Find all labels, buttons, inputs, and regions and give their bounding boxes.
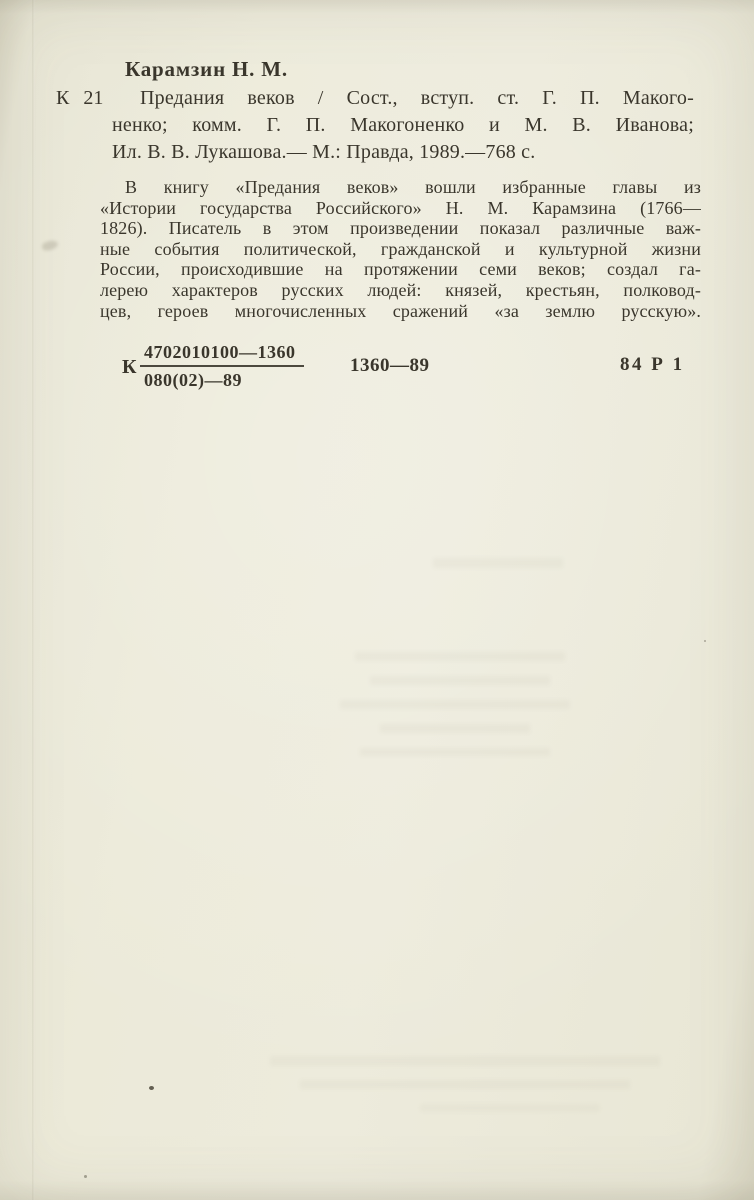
bib-line: ненко; комм. Г. П. Макогоненко и М. В. И…: [112, 114, 694, 137]
page-crease: [32, 0, 35, 1200]
annotation-line: лерею характеров русских людей: князей, …: [100, 280, 701, 301]
bbk-code: 84 Р 1: [620, 354, 685, 376]
showthrough-ghost: [380, 724, 530, 733]
annotation-line: России, происходившие на протяжении семи…: [100, 259, 701, 280]
catalog-formula-prefix: К: [122, 356, 137, 379]
annotation-line: «Истории государства Российского» Н. М. …: [100, 198, 701, 219]
pencil-smudge: [41, 239, 59, 253]
showthrough-ghost: [360, 748, 550, 756]
bib-line: Ил. В. В. Лукашова.— М.: Правда, 1989.—7…: [112, 141, 535, 164]
annotation-line: цев, героев многочисленных сражений «за …: [100, 301, 701, 322]
showthrough-ghost: [420, 1104, 600, 1112]
annotation-line: ные события политической, гражданской и …: [100, 239, 701, 260]
showthrough-ghost: [370, 676, 550, 685]
ink-speck: [704, 640, 706, 642]
scanned-book-copyright-page: Карамзин Н. М. К 21 Предания веков / Сос…: [0, 0, 754, 1200]
fraction-numerator: 4702010100—1360: [140, 342, 304, 367]
order-number: 1360—89: [350, 355, 430, 377]
author-heading: Карамзин Н. М.: [125, 57, 288, 82]
showthrough-ghost: [433, 558, 563, 568]
fraction-denominator: 080(02)—89: [140, 367, 304, 391]
showthrough-ghost: [355, 652, 565, 661]
ink-speck: [84, 1175, 87, 1178]
showthrough-ghost: [300, 1080, 630, 1089]
ink-speck: [149, 1086, 154, 1090]
annotation-block: В книгу «Предания веков» вошли избранные…: [100, 177, 701, 321]
annotation-line: В книгу «Предания веков» вошли избранные…: [100, 177, 701, 198]
catalog-formula-row: К 4702010100—1360 080(02)—89 1360—89 84 …: [0, 340, 754, 400]
catalog-fraction: 4702010100—1360 080(02)—89: [140, 342, 304, 391]
showthrough-ghost: [270, 1056, 660, 1066]
annotation-line: 1826). Писатель в этом произведении пока…: [100, 218, 701, 239]
bib-line: Предания веков / Сост., вступ. ст. Г. П.…: [140, 87, 694, 110]
showthrough-ghost: [340, 700, 570, 709]
catalog-code: К 21: [56, 87, 103, 110]
